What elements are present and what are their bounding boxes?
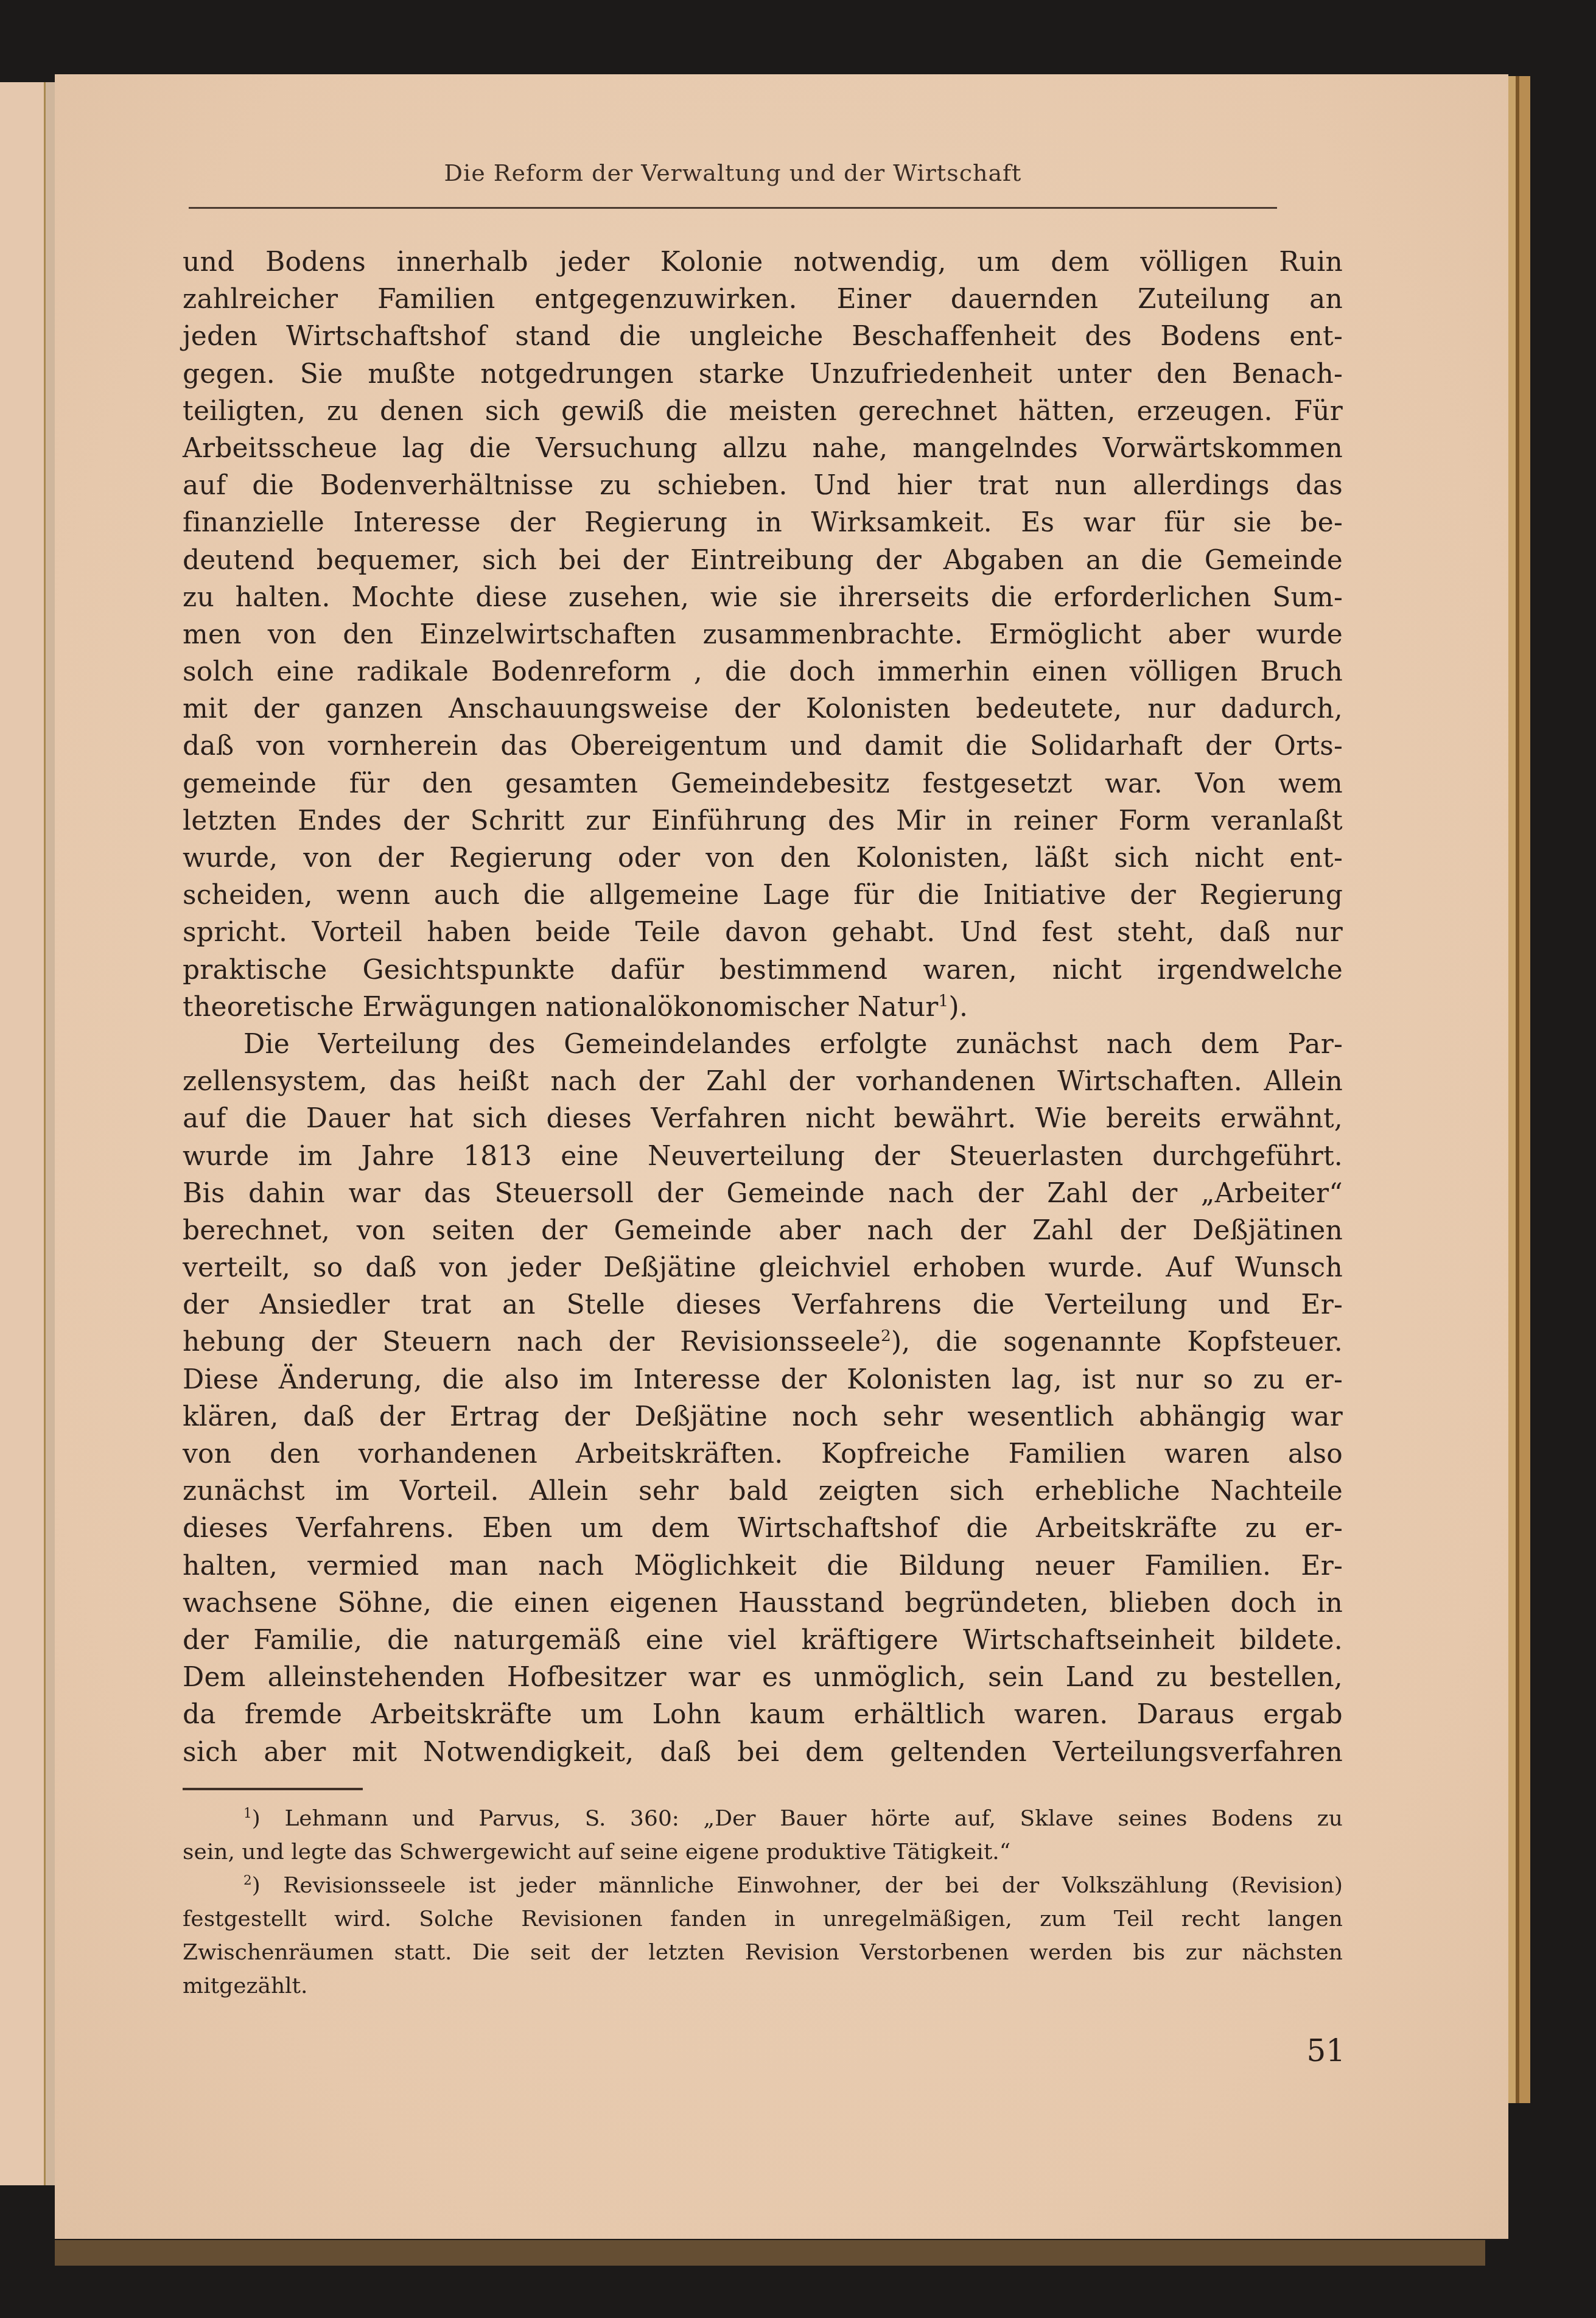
footnote-line: festgestellt wird. Solche Revisionen fan… <box>183 1902 1343 1936</box>
footnote-ref-1[interactable]: 1 <box>939 992 949 1010</box>
text-line: gemeinde für den gesamten Gemeindebesitz… <box>183 765 1343 802</box>
text-line: von den vorhandenen Arbeitskräften. Kopf… <box>183 1435 1343 1472</box>
footnote-marker-2: 2 <box>243 1873 252 1888</box>
text-line: zahlreicher Familien entgegenzuwirken. E… <box>183 281 1343 318</box>
header-rule <box>189 207 1277 209</box>
text-line: deutend bequemer, sich bei der Eintreibu… <box>183 542 1343 579</box>
left-facing-page-edge <box>0 82 44 2185</box>
text-line: mit der ganzen Anschauungsweise der Kolo… <box>183 690 1343 727</box>
footnote-2: 2) Revisionsseele ist jeder männliche Ei… <box>183 1869 1343 1902</box>
footnote-line: sein, und legte das Schwergewicht auf se… <box>183 1835 1343 1869</box>
text-line: jeden Wirtschaftshof stand die ungleiche… <box>183 318 1343 355</box>
text-line: wurde im Jahre 1813 eine Neuverteilung d… <box>183 1138 1343 1175</box>
text-line: daß von vornherein das Obereigentum und … <box>183 727 1343 765</box>
footnote-line: mitgezählt. <box>183 1969 1343 2003</box>
footnote-line: Zwischenräumen statt. Die seit der letzt… <box>183 1936 1343 1969</box>
text-line: finanzielle Interesse der Regierung in W… <box>183 504 1343 541</box>
text-line: Arbeitsscheue lag die Versuchung allzu n… <box>183 430 1343 467</box>
text-line: wurde, von der Regierung oder von den Ko… <box>183 839 1343 877</box>
text-line: zunächst im Vorteil. Allein sehr bald ze… <box>183 1472 1343 1510</box>
text-line: dieses Verfahrens. Eben um dem Wirtschaf… <box>183 1510 1343 1547</box>
page-block-edge <box>55 2240 1485 2266</box>
text-line: Dem alleinstehenden Hofbesitzer war es u… <box>183 1659 1343 1696</box>
text-line: zellensystem, das heißt nach der Zahl de… <box>183 1063 1343 1100</box>
text-line: letzten Endes der Schritt zur Einführung… <box>183 802 1343 839</box>
text-line: klären, daß der Ertrag der Deßjätine noc… <box>183 1398 1343 1435</box>
text-line: zu halten. Mochte diese zusehen, wie sie… <box>183 579 1343 616</box>
book-page: Die Reform der Verwaltung und der Wirtsc… <box>55 74 1508 2239</box>
footnote-marker-1: 1 <box>243 1806 252 1821</box>
text-line: praktische Gesichtspunkte dafür bestimme… <box>183 951 1343 989</box>
text-line: da fremde Arbeitskräfte um Lohn kaum erh… <box>183 1696 1343 1733</box>
text-line: halten, vermied man nach Möglichkeit die… <box>183 1547 1343 1584</box>
book-gutter <box>44 82 55 2185</box>
text-line: spricht. Vorteil haben beide Teile davon… <box>183 914 1343 951</box>
text-line: solch eine radikale Bodenreform , die do… <box>183 653 1343 690</box>
body-text: und Bodens innerhalb jeder Kolonie notwe… <box>183 243 1343 1771</box>
footnotes: 1) Lehmann und Parvus, S. 360: „Der Baue… <box>183 1802 1343 2003</box>
text-line: und Bodens innerhalb jeder Kolonie notwe… <box>183 243 1343 281</box>
text-line: verteilt, so daß von jeder Deßjätine gle… <box>183 1249 1343 1286</box>
text-line: gegen. Sie mußte notgedrungen starke Unz… <box>183 355 1343 393</box>
book-cover-edge <box>1508 76 1530 2103</box>
paragraph-start-line: Die Verteilung des Gemeindelandes erfolg… <box>183 1026 1343 1063</box>
text-line-with-footnote-ref: hebung der Steuern nach der Revisionssee… <box>183 1323 1343 1360</box>
page-number: 51 <box>1248 2033 1345 2068</box>
footnote-ref-2[interactable]: 2 <box>881 1327 891 1346</box>
footnote-separator <box>183 1788 363 1790</box>
text-line: teiligten, zu denen sich gewiß die meist… <box>183 393 1343 430</box>
running-head: Die Reform der Verwaltung und der Wirtsc… <box>189 159 1277 186</box>
text-line: auf die Bodenverhältnisse zu schieben. U… <box>183 467 1343 504</box>
text-line: men von den Einzelwirtschaften zusammenb… <box>183 616 1343 653</box>
text-line-with-footnote-ref: theoretische Erwägungen nationalökonomis… <box>183 989 1343 1026</box>
text-line: berechnet, von seiten der Gemeinde aber … <box>183 1212 1343 1249</box>
text-line: Bis dahin war das Steuersoll der Gemeind… <box>183 1175 1343 1212</box>
text-line: auf die Dauer hat sich dieses Verfahren … <box>183 1100 1343 1137</box>
text-line: der Familie, die naturgemäß eine viel kr… <box>183 1622 1343 1659</box>
text-line: wachsene Söhne, die einen eigenen Hausst… <box>183 1584 1343 1622</box>
text-line: scheiden, wenn auch die allgemeine Lage … <box>183 877 1343 914</box>
footnote-1: 1) Lehmann und Parvus, S. 360: „Der Baue… <box>183 1802 1343 1835</box>
text-line: Diese Änderung, die also im Interesse de… <box>183 1361 1343 1398</box>
text-line: der Ansiedler trat an Stelle dieses Verf… <box>183 1286 1343 1323</box>
text-line: sich aber mit Notwendigkeit, daß bei dem… <box>183 1734 1343 1771</box>
